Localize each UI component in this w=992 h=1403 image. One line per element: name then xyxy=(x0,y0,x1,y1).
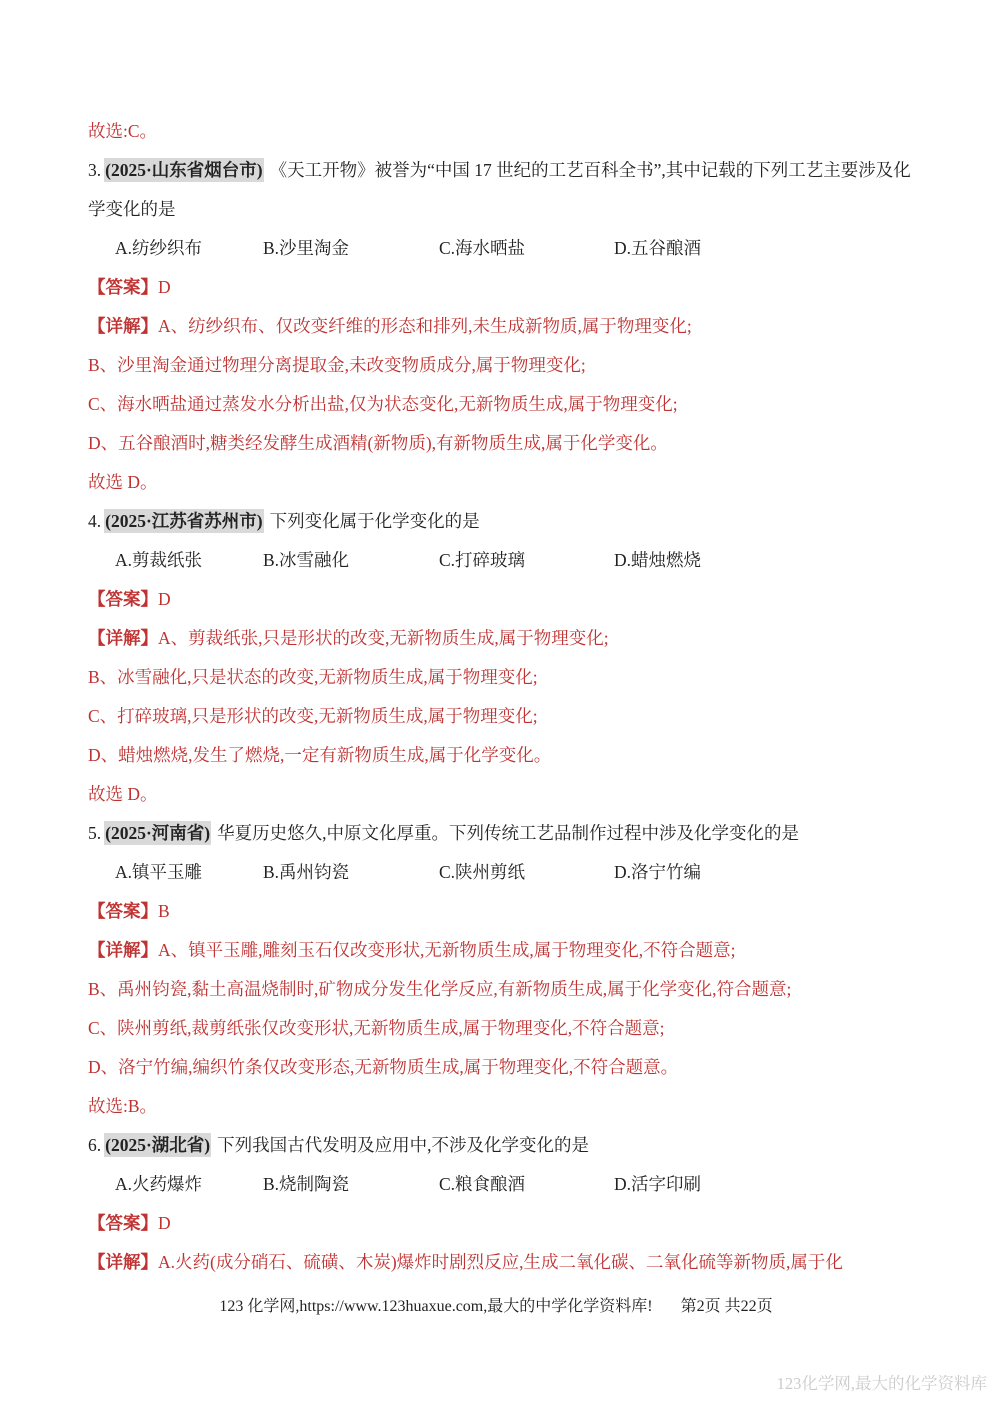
detail-text-d: D、洛宁竹编,编织竹条仅改变形态,无新物质生成,属于物理变化,不符合题意。 xyxy=(88,1048,915,1087)
detail-text-b: B、禹州钧瓷,黏土高温烧制时,矿物成分发生化学反应,有新物质生成,属于化学变化,… xyxy=(88,970,915,1009)
option-c: C.打碎玻璃 xyxy=(439,541,614,580)
footer-url[interactable]: https://www.123huaxue.com xyxy=(299,1298,483,1315)
option-a: A.纺纱织布 xyxy=(115,229,263,268)
detail-text-a: A.火药(成分硝石、硫磺、木炭)爆炸时剧烈反应,生成二氧化碳、二氧化硫等新物质,… xyxy=(158,1252,843,1272)
detail-text-d: D、蜡烛燃烧,发生了燃烧,一定有新物质生成,属于化学变化。 xyxy=(88,736,915,775)
answer-value: D xyxy=(158,1213,171,1233)
options-row: A.火药爆炸B.烧制陶瓷C.粮食酿酒D.活字印刷 xyxy=(88,1165,915,1204)
detail-text-a: A、镇平玉雕,雕刻玉石仅改变形状,无新物质生成,属于物理变化,不符合题意; xyxy=(158,940,736,960)
question-header: 4.(2025·江苏省苏州市)下列变化属于化学变化的是 xyxy=(88,502,915,541)
option-b: B.冰雪融化 xyxy=(263,541,439,580)
option-a: A.镇平玉雕 xyxy=(115,853,263,892)
option-b: B.沙里淘金 xyxy=(263,229,439,268)
question-stem: 下列变化属于化学变化的是 xyxy=(270,511,480,531)
option-a: A.剪裁纸张 xyxy=(115,541,263,580)
question-header: 6.(2025·湖北省)下列我国古代发明及应用中,不涉及化学变化的是 xyxy=(88,1126,915,1165)
question-header: 3.(2025·山东省烟台市)《天工开物》被誉为“中国 17 世纪的工艺百科全书… xyxy=(88,151,915,229)
detail-line: 【详解】A、镇平玉雕,雕刻玉石仅改变形状,无新物质生成,属于物理变化,不符合题意… xyxy=(88,931,915,970)
answer-line: 【答案】D xyxy=(88,268,915,307)
option-c: C.海水晒盐 xyxy=(439,229,614,268)
question-number: 3. xyxy=(88,160,101,180)
detail-text-c: C、打碎玻璃,只是形状的改变,无新物质生成,属于物理变化; xyxy=(88,697,915,736)
options-row: A.纺纱织布B.沙里淘金C.海水晒盐D.五谷酿酒 xyxy=(88,229,915,268)
detail-label: 【详解】 xyxy=(88,316,158,336)
option-d: D.五谷酿酒 xyxy=(614,229,701,268)
answer-label: 【答案】 xyxy=(88,589,158,609)
answer-line: 【答案】D xyxy=(88,580,915,619)
question-stem: 华夏历史悠久,中原文化厚重。下列传统工艺品制作过程中涉及化学变化的是 xyxy=(217,823,799,843)
question-stem: 下列我国古代发明及应用中,不涉及化学变化的是 xyxy=(217,1135,589,1155)
question-conclusion: 故选 D。 xyxy=(88,775,915,814)
answer-value: B xyxy=(158,901,170,921)
question-header: 5.(2025·河南省)华夏历史悠久,中原文化厚重。下列传统工艺品制作过程中涉及… xyxy=(88,814,915,853)
detail-text-a: A、纺纱织布、仅改变纤维的形态和排列,未生成新物质,属于物理变化; xyxy=(158,316,692,336)
answer-line: 【答案】D xyxy=(88,1204,915,1243)
footer-site-name: 123 化学网, xyxy=(219,1298,299,1315)
question-block-4: 4.(2025·江苏省苏州市)下列变化属于化学变化的是 A.剪裁纸张B.冰雪融化… xyxy=(88,502,915,814)
question-number: 4. xyxy=(88,511,101,531)
detail-text-c: C、陕州剪纸,裁剪纸张仅改变形状,无新物质生成,属于物理变化,不符合题意; xyxy=(88,1009,915,1048)
question-conclusion: 故选 D。 xyxy=(88,463,915,502)
option-b: B.禹州钧瓷 xyxy=(263,853,439,892)
detail-text-b: B、沙里淘金通过物理分离提取金,未改变物质成分,属于物理变化; xyxy=(88,346,915,385)
answer-value: D xyxy=(158,589,171,609)
footer-page-number: 第2页 共22页 xyxy=(681,1298,773,1315)
option-a: A.火药爆炸 xyxy=(115,1165,263,1204)
answer-line: 【答案】B xyxy=(88,892,915,931)
detail-label: 【详解】 xyxy=(88,628,158,648)
detail-label: 【详解】 xyxy=(88,1252,158,1272)
question-block-6: 6.(2025·湖北省)下列我国古代发明及应用中,不涉及化学变化的是 A.火药爆… xyxy=(88,1126,915,1282)
option-b: B.烧制陶瓷 xyxy=(263,1165,439,1204)
answer-label: 【答案】 xyxy=(88,901,158,921)
question-block-5: 5.(2025·河南省)华夏历史悠久,中原文化厚重。下列传统工艺品制作过程中涉及… xyxy=(88,814,915,1126)
question-source-tag: (2025·江苏省苏州市) xyxy=(104,509,264,533)
options-row: A.剪裁纸张B.冰雪融化C.打碎玻璃D.蜡烛燃烧 xyxy=(88,541,915,580)
option-c: C.粮食酿酒 xyxy=(439,1165,614,1204)
detail-text-d: D、五谷酿酒时,糖类经发酵生成酒精(新物质),有新物质生成,属于化学变化。 xyxy=(88,424,915,463)
answer-label: 【答案】 xyxy=(88,277,158,297)
detail-text-c: C、海水晒盐通过蒸发水分析出盐,仅为状态变化,无新物质生成,属于物理变化; xyxy=(88,385,915,424)
question-number: 6. xyxy=(88,1135,101,1155)
option-d: D.蜡烛燃烧 xyxy=(614,541,701,580)
detail-line: 【详解】A、剪裁纸张,只是形状的改变,无新物质生成,属于物理变化; xyxy=(88,619,915,658)
answer-value: D xyxy=(158,277,171,297)
question-source-tag: (2025·山东省烟台市) xyxy=(104,158,264,182)
question-conclusion: 故选:B。 xyxy=(88,1087,915,1126)
answer-label: 【答案】 xyxy=(88,1213,158,1233)
detail-text-b: B、冰雪融化,只是状态的改变,无新物质生成,属于物理变化; xyxy=(88,658,915,697)
options-row: A.镇平玉雕B.禹州钧瓷C.陕州剪纸D.洛宁竹编 xyxy=(88,853,915,892)
option-c: C.陕州剪纸 xyxy=(439,853,614,892)
question-source-tag: (2025·河南省) xyxy=(104,821,211,845)
previous-question-conclusion: 故选:C。 xyxy=(88,112,915,151)
detail-text-a: A、剪裁纸张,只是形状的改变,无新物质生成,属于物理变化; xyxy=(158,628,609,648)
question-source-tag: (2025·湖北省) xyxy=(104,1133,211,1157)
page-footer: 123 化学网,https://www.123huaxue.com,最大的中学化… xyxy=(0,1292,992,1322)
detail-line: 【详解】A、纺纱织布、仅改变纤维的形态和排列,未生成新物质,属于物理变化; xyxy=(88,307,915,346)
detail-label: 【详解】 xyxy=(88,940,158,960)
option-d: D.洛宁竹编 xyxy=(614,853,701,892)
watermark: 123化学网,最大的化学资料库 xyxy=(777,1372,987,1396)
page-content: 故选:C。 3.(2025·山东省烟台市)《天工开物》被誉为“中国 17 世纪的… xyxy=(88,112,915,1282)
footer-site-tagline: ,最大的中学化学资料库! xyxy=(483,1298,652,1315)
question-block-3: 3.(2025·山东省烟台市)《天工开物》被誉为“中国 17 世纪的工艺百科全书… xyxy=(88,151,915,502)
option-d: D.活字印刷 xyxy=(614,1165,701,1204)
detail-line: 【详解】A.火药(成分硝石、硫磺、木炭)爆炸时剧烈反应,生成二氧化碳、二氧化硫等… xyxy=(88,1243,915,1282)
question-number: 5. xyxy=(88,823,101,843)
document-page: 故选:C。 3.(2025·山东省烟台市)《天工开物》被誉为“中国 17 世纪的… xyxy=(0,0,992,1403)
